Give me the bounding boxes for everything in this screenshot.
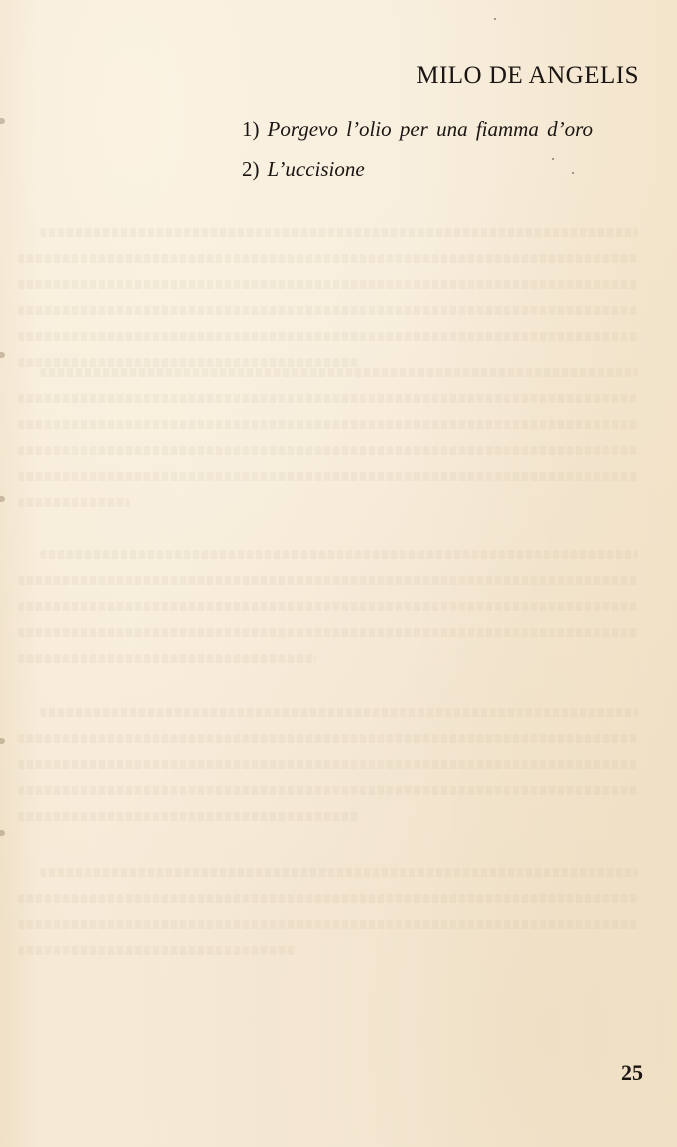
show-through-line bbox=[18, 654, 316, 663]
show-through-line bbox=[40, 368, 638, 377]
show-through-line bbox=[18, 734, 638, 743]
page-number: 25 bbox=[621, 1060, 643, 1086]
author-heading: MILO DE ANGELIS bbox=[416, 62, 639, 90]
book-page: MILO DE ANGELIS 1)Porgevo l’olio per una… bbox=[0, 0, 677, 1147]
show-through-line bbox=[18, 812, 359, 821]
show-through-line bbox=[18, 628, 638, 637]
show-through-line bbox=[18, 280, 638, 289]
show-through-line bbox=[18, 894, 638, 903]
work-item: 1)Porgevo l’olio per una fiamma d’oro bbox=[242, 114, 593, 154]
page-edge-mark bbox=[0, 830, 5, 836]
show-through-line bbox=[18, 446, 638, 455]
show-through-line bbox=[18, 498, 130, 507]
show-through-line bbox=[18, 602, 638, 611]
page-edge-mark bbox=[0, 118, 5, 124]
show-through-line bbox=[40, 708, 638, 717]
show-through-line bbox=[18, 760, 638, 769]
work-number: 1) bbox=[242, 117, 260, 141]
page-edge-mark bbox=[0, 496, 5, 502]
works-list: 1)Porgevo l’olio per una fiamma d’oro 2)… bbox=[242, 114, 593, 194]
show-through-line bbox=[18, 254, 638, 263]
work-title: Porgevo l’olio per una fiamma d’oro bbox=[268, 117, 594, 141]
show-through-line bbox=[18, 358, 359, 367]
show-through-line bbox=[40, 228, 638, 237]
show-through-line bbox=[40, 550, 638, 559]
show-through-line bbox=[18, 920, 638, 929]
show-through-line bbox=[18, 394, 638, 403]
page-edge-mark bbox=[0, 738, 5, 744]
show-through-texture bbox=[8, 228, 648, 998]
work-title: L’uccisione bbox=[268, 157, 365, 181]
show-through-line bbox=[18, 420, 638, 429]
show-through-line bbox=[18, 576, 638, 585]
show-through-line bbox=[18, 946, 297, 955]
show-through-line bbox=[40, 868, 638, 877]
page-edge-mark bbox=[0, 352, 5, 358]
work-item: 2)L’uccisione bbox=[242, 154, 593, 194]
show-through-line bbox=[18, 306, 638, 315]
show-through-line bbox=[18, 786, 638, 795]
work-number: 2) bbox=[242, 157, 260, 181]
show-through-line bbox=[18, 472, 638, 481]
show-through-line bbox=[18, 332, 638, 341]
paper-speck bbox=[494, 18, 496, 20]
